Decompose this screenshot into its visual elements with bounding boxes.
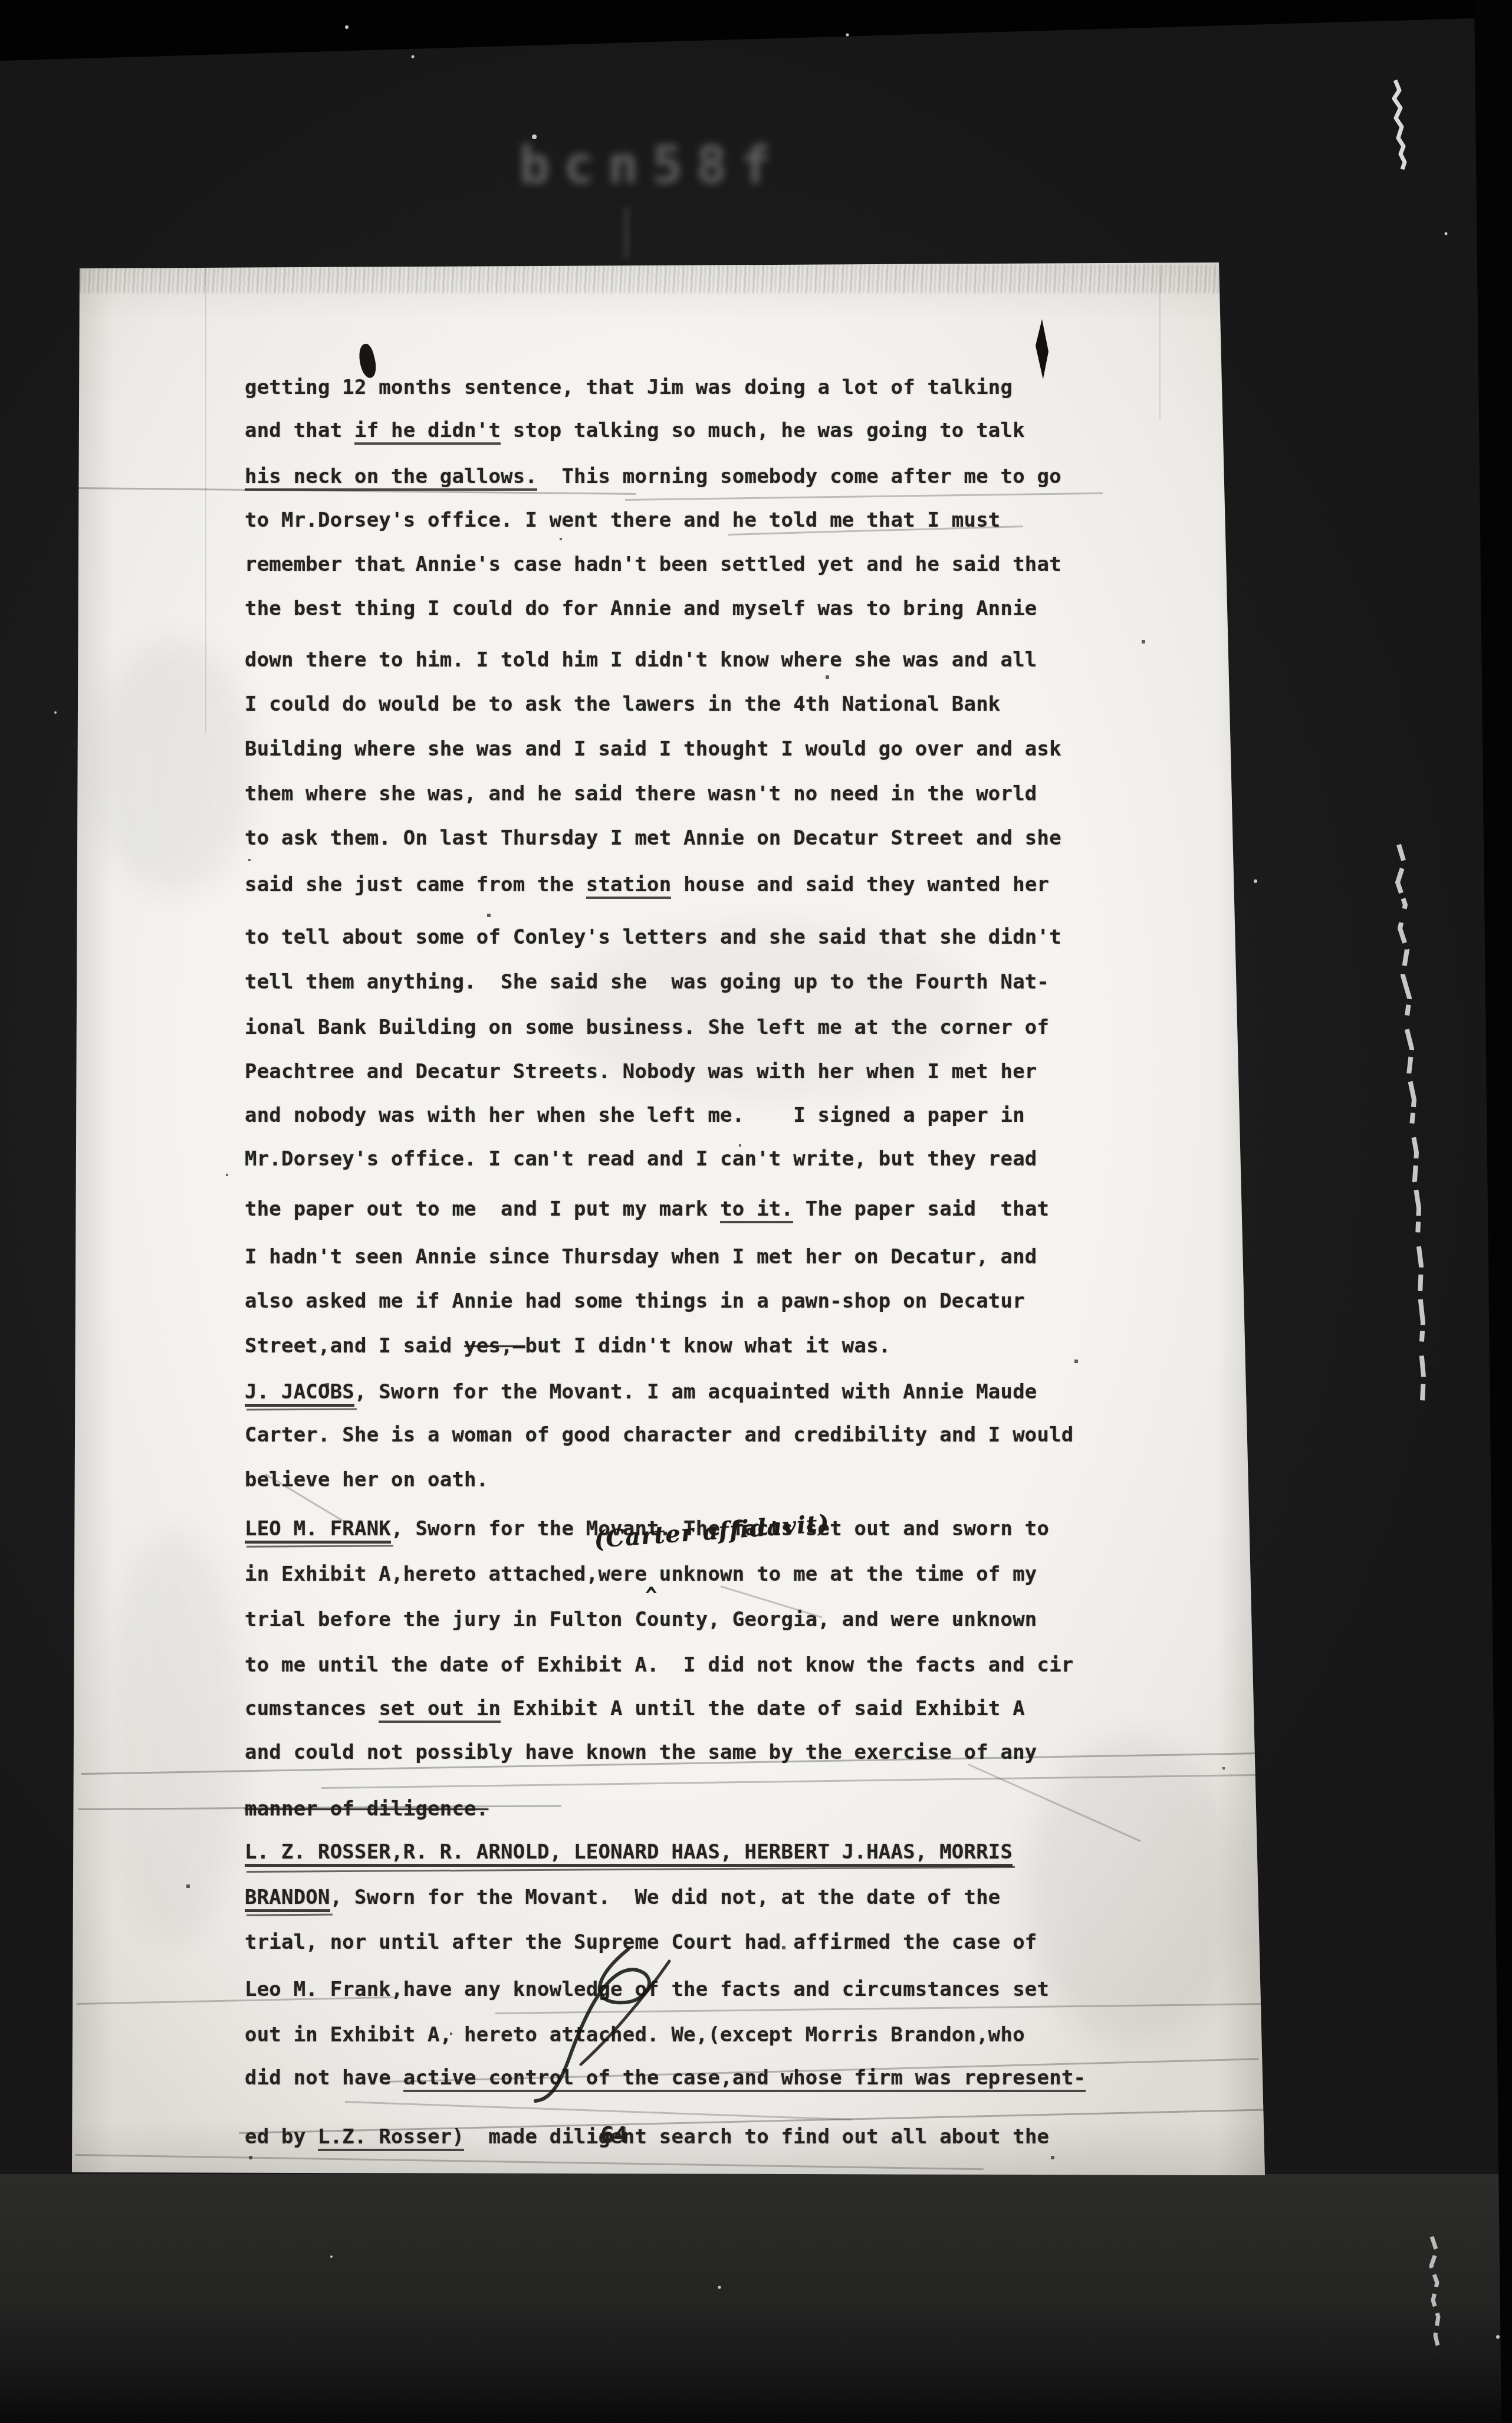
- typed-line: and could not possibly have known the sa…: [245, 1741, 1037, 1764]
- typed-line: cumstances set out in Exhibit A until th…: [245, 1697, 1025, 1721]
- typed-line: Building where she was and I said I thou…: [245, 737, 1061, 761]
- typed-line: manner of diligence.: [245, 1797, 488, 1821]
- paper-dirty-top-edge: [72, 265, 1266, 293]
- film-frame-stamp: bcn58f: [519, 134, 826, 195]
- typed-line: Mr.Dorsey's office. I can't read and I c…: [245, 1147, 1037, 1171]
- typed-line: L. Z. ROSSER,R. R. ARNOLD, LEONARD HAAS,…: [245, 1840, 1013, 1864]
- paper-smudge: [1027, 1737, 1240, 2044]
- typed-line: out in Exhibit A, hereto attached. We,(e…: [245, 2023, 1025, 2047]
- film-bottom-margin: [0, 2174, 1512, 2423]
- typed-line: trial, nor until after the Supreme Court…: [245, 1930, 1037, 1954]
- typed-line: remember that Annie's case hadn't been s…: [245, 553, 1061, 576]
- paper-smudge: [107, 1531, 243, 1943]
- typed-line: I hadn't seen Annie since Thursday when …: [245, 1245, 1037, 1269]
- typed-line: ional Bank Building on some business. Sh…: [245, 1016, 1049, 1039]
- stamp-drip-mark: [624, 208, 629, 258]
- typed-line: and nobody was with her when she left me…: [245, 1104, 1025, 1127]
- typed-line: Street,and I said yes,—but I didn't know…: [245, 1334, 891, 1358]
- typed-line: Carter. She is a woman of good character…: [245, 1423, 1074, 1447]
- typed-line: Peachtree and Decatur Streets. Nobody wa…: [245, 1060, 1037, 1084]
- fold-crease: [205, 267, 206, 733]
- document-page: getting 12 months sentence, that Jim was…: [72, 262, 1266, 2177]
- typed-line: down there to him. I told him I didn't k…: [245, 648, 1037, 672]
- typed-line: his neck on the gallows. This morning so…: [245, 465, 1061, 488]
- typed-line: to tell about some of Conley's letters a…: [245, 925, 1061, 949]
- microfilm-scan: getting 12 months sentence, that Jim was…: [0, 0, 1512, 2423]
- film-right-edge: [1474, 0, 1512, 2423]
- typed-line: did not have active control of the case,…: [245, 2066, 1086, 2090]
- typed-line: trial before the jury in Fulton County, …: [245, 1608, 1037, 1631]
- typed-line: getting 12 months sentence, that Jim was…: [245, 376, 1013, 399]
- typed-line: to ask them. On last Thursday I met Anni…: [245, 826, 1061, 850]
- caret-mark: ^: [645, 1582, 657, 1611]
- typed-line: also asked me if Annie had some things i…: [245, 1289, 1025, 1313]
- film-top-edge: [0, 0, 1512, 66]
- typed-line: J. JACOBS, Sworn for the Movant. I am ac…: [245, 1380, 1037, 1404]
- fold-crease: [1159, 265, 1161, 419]
- typed-line: the paper out to me and I put my mark to…: [245, 1197, 1049, 1221]
- typed-line: I could do would be to ask the lawers in…: [245, 692, 1001, 716]
- typed-line: to Mr.Dorsey's office. I went there and …: [245, 508, 1001, 532]
- dust-specks: [72, 262, 73, 264]
- typed-line: tell them anything. She said she was goi…: [245, 970, 1049, 994]
- typed-line: them where she was, and he said there wa…: [245, 782, 1037, 806]
- typed-line: and that if he didn't stop talking so mu…: [245, 419, 1025, 442]
- film-scratch: [1398, 845, 1424, 1401]
- typed-line: in Exhibit A,hereto attached,were unknow…: [245, 1562, 1037, 1586]
- paper-smudge: [96, 640, 255, 894]
- typed-line: believe her on oath.: [245, 1468, 488, 1492]
- typed-line: the best thing I could do for Annie and …: [245, 597, 1037, 620]
- typed-line: to me until the date of Exhibit A. I did…: [245, 1653, 1074, 1677]
- typed-line: BRANDON, Sworn for the Movant. We did no…: [245, 1886, 1001, 1909]
- film-scratch: [1394, 80, 1405, 169]
- typed-line: ed by L.Z. Rosser) made diligent search …: [245, 2125, 1049, 2149]
- typed-line: said she just came from the station hous…: [245, 873, 1049, 897]
